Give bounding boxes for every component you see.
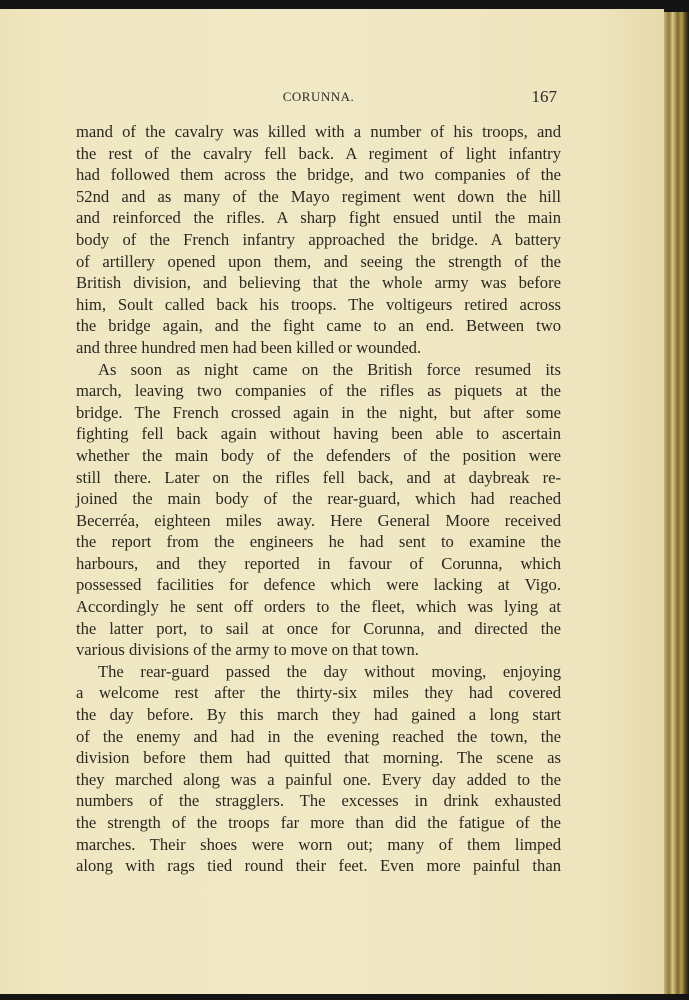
text-line: 52nd and as many of the Mayo regiment we… (76, 186, 561, 208)
text-line: him, Soult called back his troops. The v… (76, 294, 561, 316)
page-edges (664, 12, 689, 997)
page-header: CORUNNA. 167 (76, 87, 561, 107)
text-line: marches. Their shoes were worn out; many… (76, 834, 561, 856)
text-line: had followed them across the bridge, and… (76, 164, 561, 186)
text-line: of artillery opened upon them, and seein… (76, 251, 561, 273)
text-line: fighting fell back again without having … (76, 423, 561, 445)
text-line: along with rags tied round their feet. E… (76, 855, 561, 877)
book-page: CORUNNA. 167 mand of the cavalry was kil… (0, 9, 664, 994)
text-line: The rear-guard passed the day without mo… (76, 661, 561, 683)
text-line: the rest of the cavalry fell back. A reg… (76, 143, 561, 165)
text-line: the bridge again, and the fight came to … (76, 315, 561, 337)
text-line: joined the main body of the rear-guard, … (76, 488, 561, 510)
text-line: harbours, and they reported in favour of… (76, 553, 561, 575)
running-head: CORUNNA. (76, 89, 561, 105)
text-line: body of the French infantry approached t… (76, 229, 561, 251)
text-line: possessed facilities for defence which w… (76, 574, 561, 596)
page-number: 167 (532, 87, 558, 107)
text-line: a welcome rest after the thirty-six mile… (76, 682, 561, 704)
text-line: the strength of the troops far more than… (76, 812, 561, 834)
text-line: the report from the engineers he had sen… (76, 531, 561, 553)
text-line: Accordingly he sent off orders to the fl… (76, 596, 561, 618)
text-line: mand of the cavalry was killed with a nu… (76, 121, 561, 143)
text-line: As soon as night came on the British for… (76, 359, 561, 381)
text-line: British division, and believing that the… (76, 272, 561, 294)
text-line: various divisions of the army to move on… (76, 639, 561, 661)
text-line: they marched along was a painful one. Ev… (76, 769, 561, 791)
text-line: of the enemy and had in the evening reac… (76, 726, 561, 748)
text-line: the day before. By this march they had g… (76, 704, 561, 726)
text-line: bridge. The French crossed again in the … (76, 402, 561, 424)
text-line: march, leaving two companies of the rifl… (76, 380, 561, 402)
text-line: division before them had quitted that mo… (76, 747, 561, 769)
text-line: whether the main body of the defenders o… (76, 445, 561, 467)
text-line: and three hundred men had been killed or… (76, 337, 561, 359)
text-line: and reinforced the rifles. A sharp fight… (76, 207, 561, 229)
text-line: the latter port, to sail at once for Cor… (76, 618, 561, 640)
text-line: numbers of the stragglers. The excesses … (76, 790, 561, 812)
body-text: mand of the cavalry was killed with a nu… (76, 121, 561, 877)
scan-border (0, 994, 689, 1000)
text-line: still there. Later on the rifles fell ba… (76, 467, 561, 489)
text-line: Becerréa, eighteen miles away. Here Gene… (76, 510, 561, 532)
